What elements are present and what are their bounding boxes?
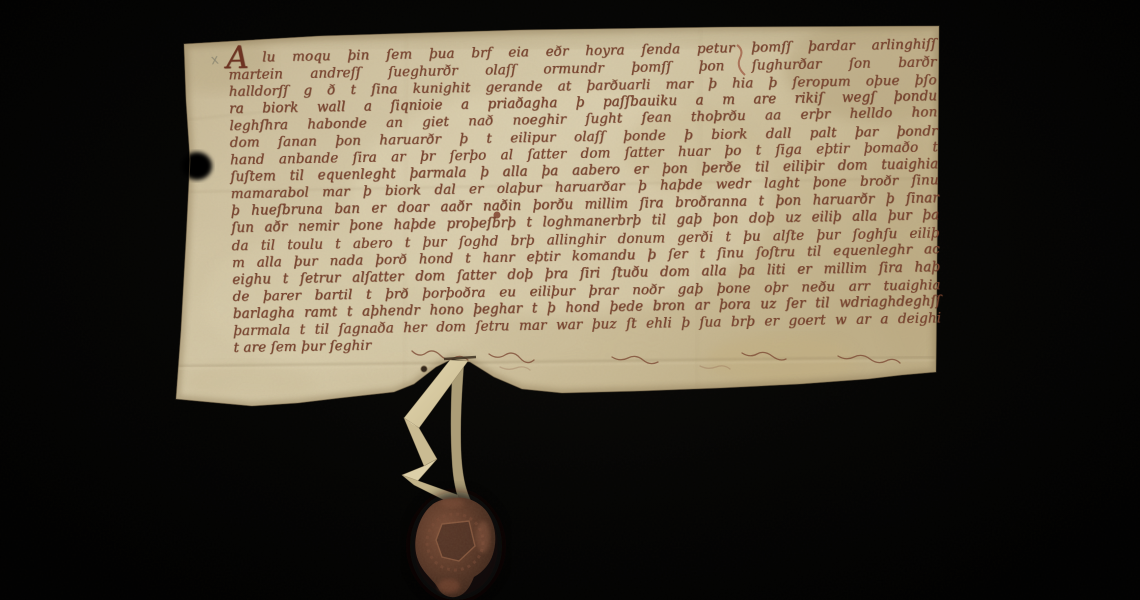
pencil-mark: x [210,53,220,69]
parchment-hole [421,366,427,372]
wax-seal [410,492,502,600]
charter-photograph: x Alu moqu þin ſem þua brf eia eðr hoyra… [0,0,1140,600]
left-edge-shadow-notch [182,152,212,180]
charter-text: Alu moqu þin ſem þua brf eia eðr hoyra ſ… [228,37,942,357]
